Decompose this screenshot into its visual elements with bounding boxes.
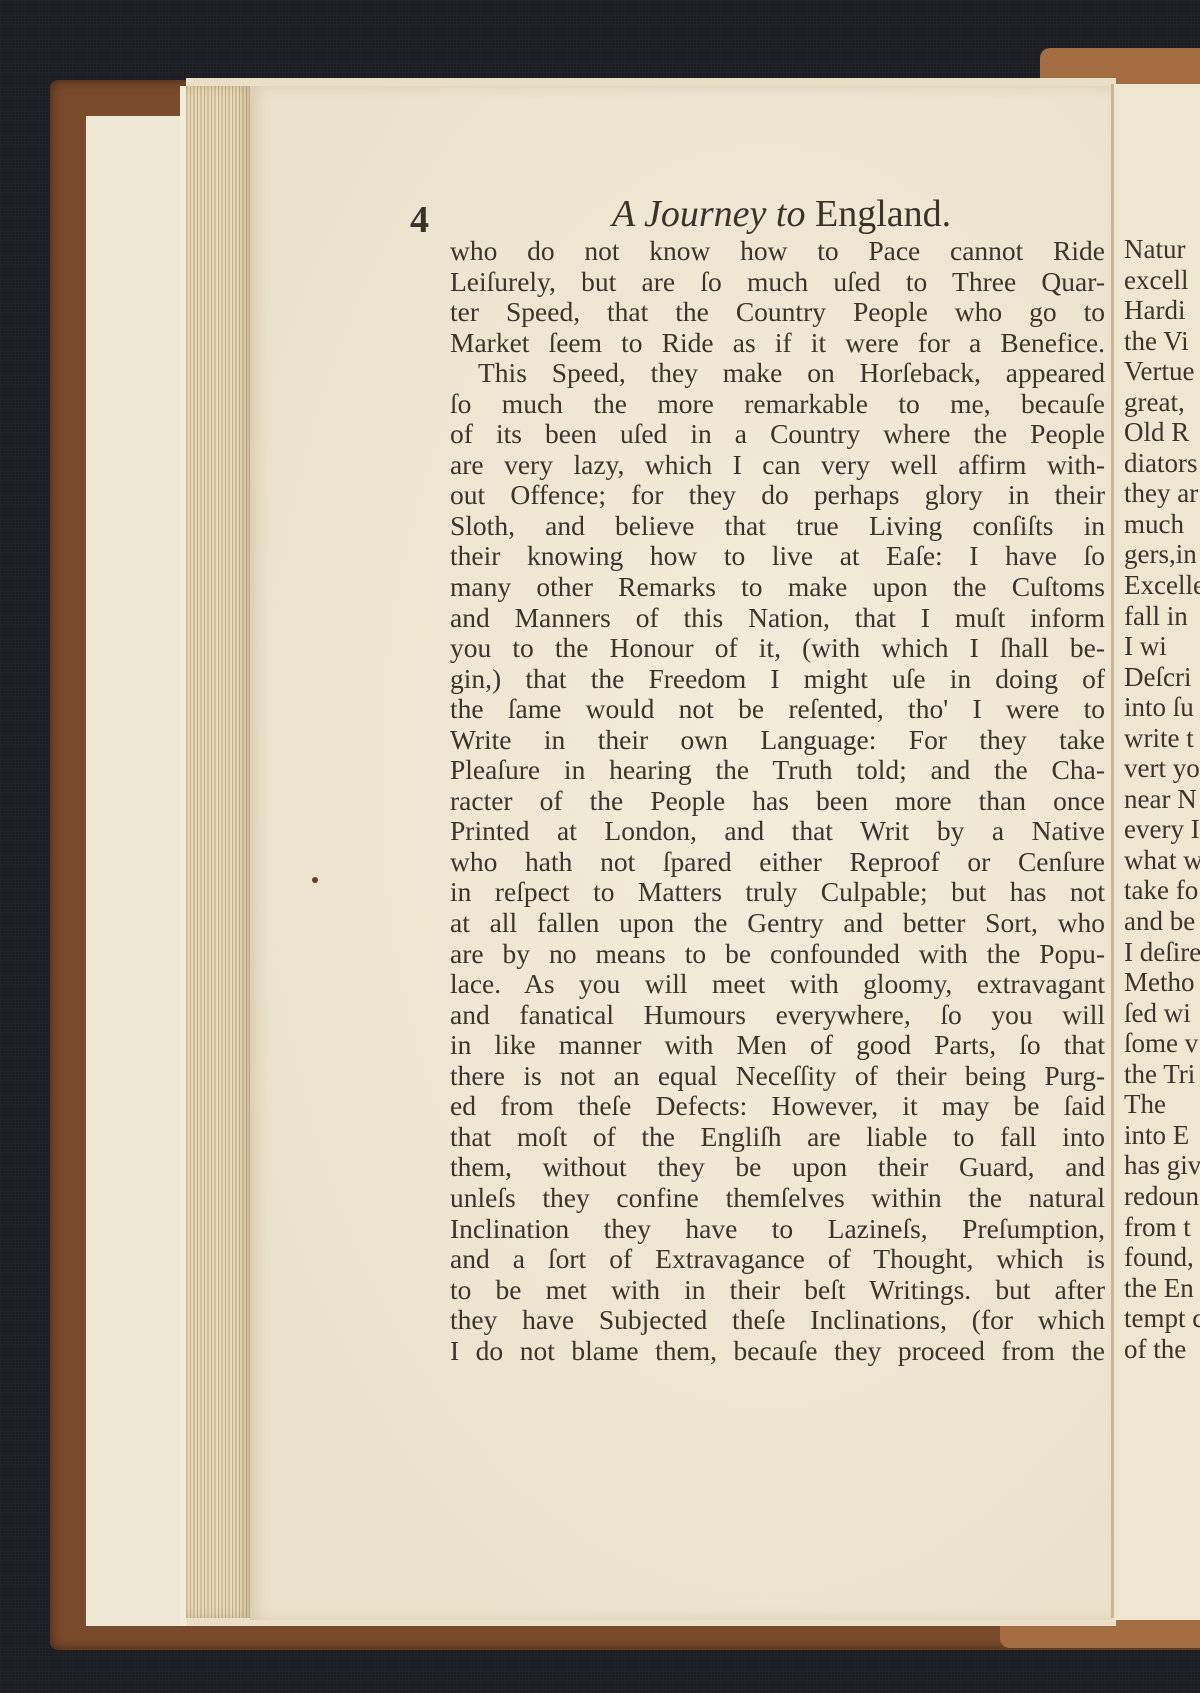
text-line: many other Remarks to make upon the Cuſt…: [450, 572, 1105, 603]
text-line: The: [1124, 1089, 1200, 1120]
text-line: tempt c: [1124, 1303, 1200, 1334]
text-line: Vertue: [1124, 356, 1200, 387]
text-line: Hardi: [1124, 295, 1200, 326]
text-line: I deſire: [1124, 937, 1200, 968]
text-line: Write in their own Language: For they ta…: [450, 725, 1105, 756]
text-line: ter Speed, that the Country People who g…: [450, 297, 1105, 328]
endpaper: [86, 116, 182, 1626]
text-line: ed from theſe Defects: However, it may b…: [450, 1091, 1105, 1122]
text-line: take fo: [1124, 875, 1200, 906]
page-edges: [186, 86, 250, 1618]
right-page-fragment: Natur excell Hardi the Vi Vertue great, …: [1114, 84, 1200, 1620]
text-line: are very lazy, which I can very well aff…: [450, 450, 1105, 481]
text-line: to be met with in their beſt Writings. b…: [450, 1275, 1105, 1306]
text-line: Excelle: [1124, 570, 1200, 601]
text-line: fall in: [1124, 601, 1200, 632]
text-line: This Speed, they make on Horſeback, appe…: [450, 358, 1105, 389]
text-line: who hath not ſpared either Reproof or Ce…: [450, 847, 1105, 878]
text-line: Old R: [1124, 417, 1200, 448]
text-line: near N: [1124, 784, 1200, 815]
text-line: ſome v: [1124, 1028, 1200, 1059]
text-line: the Vi: [1124, 326, 1200, 357]
text-line: are by no means to be confounded with th…: [450, 939, 1105, 970]
text-line: every I: [1124, 814, 1200, 845]
text-line: from t: [1124, 1212, 1200, 1243]
text-line: ſed wi: [1124, 998, 1200, 1029]
text-line: they have Subjected theſe Inclinations, …: [450, 1305, 1105, 1336]
text-line: them, without they be upon their Guard, …: [450, 1152, 1105, 1183]
text-line: and Manners of this Nation, that I muſt …: [450, 603, 1105, 634]
text-line: at all fallen upon the Gentry and better…: [450, 908, 1105, 939]
text-line: they ar: [1124, 478, 1200, 509]
text-line: Sloth, and believe that true Living conſ…: [450, 511, 1105, 542]
text-line: that moſt of the Engliſh are liable to f…: [450, 1122, 1105, 1153]
text-line: much: [1124, 509, 1200, 540]
text-line: there is not an equal Neceſſity of their…: [450, 1061, 1105, 1092]
text-line: Pleaſure in hearing the Truth told; and …: [450, 755, 1105, 786]
text-line: gers,in: [1124, 539, 1200, 570]
text-line: diators: [1124, 448, 1200, 479]
page-number: 4: [410, 198, 429, 242]
text-line: gin,) that the Freedom I might uſe in do…: [450, 664, 1105, 695]
text-line: and fanatical Humours everywhere, ſo you…: [450, 1000, 1105, 1031]
text-line: the ſame would not be reſented, tho' I w…: [450, 694, 1105, 725]
running-title-italic: A Journey to: [612, 193, 805, 235]
text-line: Deſcri: [1124, 662, 1200, 693]
right-page-text: Natur excell Hardi the Vi Vertue great, …: [1124, 234, 1200, 1364]
text-line: into E: [1124, 1120, 1200, 1151]
text-line: Metho: [1124, 967, 1200, 998]
text-line: in reſpect to Matters truly Culpable; bu…: [450, 877, 1105, 908]
text-line: into ſu: [1124, 692, 1200, 723]
text-line: excell: [1124, 265, 1200, 296]
text-line: in like manner with Men of good Parts, ſ…: [450, 1030, 1105, 1061]
ink-stain: [312, 877, 318, 883]
running-title: A Journey to England.: [612, 192, 951, 236]
text-line: unleſs they confine themſelves within th…: [450, 1183, 1105, 1214]
running-title-roman: England.: [815, 193, 951, 235]
text-line: redoun: [1124, 1181, 1200, 1212]
text-line: of its been uſed in a Country where the …: [450, 419, 1105, 450]
text-line: of the: [1124, 1334, 1200, 1365]
text-line: write t: [1124, 723, 1200, 754]
text-line: who do not know how to Pace cannot Ride: [450, 236, 1105, 267]
text-line: great,: [1124, 387, 1200, 418]
text-line: the En: [1124, 1273, 1200, 1304]
body-text: who do not know how to Pace cannot Ride …: [450, 236, 1105, 1366]
text-line: has giv: [1124, 1150, 1200, 1181]
text-line: vert yo: [1124, 753, 1200, 784]
text-line: their knowing how to live at Eaſe: I hav…: [450, 541, 1105, 572]
text-line: Market ſeem to Ride as if it were for a …: [450, 328, 1105, 359]
text-line: racter of the People has been more than …: [450, 786, 1105, 817]
text-line: and a ſort of Extravagance of Thought, w…: [450, 1244, 1105, 1275]
text-line: Printed at London, and that Writ by a Na…: [450, 816, 1105, 847]
text-line: out Offence; for they do perhaps glory i…: [450, 480, 1105, 511]
text-line: lace. As you will meet with gloomy, extr…: [450, 969, 1105, 1000]
text-line: and be: [1124, 906, 1200, 937]
text-line: found,: [1124, 1242, 1200, 1273]
text-line: Natur: [1124, 234, 1200, 265]
text-line: the Tri: [1124, 1059, 1200, 1090]
text-line: Leiſurely, but are ſo much uſed to Three…: [450, 267, 1105, 298]
text-line: I wi: [1124, 631, 1200, 662]
text-line: what w: [1124, 845, 1200, 876]
text-line: I do not blame them, becauſe they procee…: [450, 1336, 1105, 1367]
left-page: 4 A Journey to England. who do not know …: [250, 86, 1112, 1620]
text-line: Inclination they have to Lazineſs, Preſu…: [450, 1214, 1105, 1245]
text-line: you to the Honour of it, (with which I ſ…: [450, 633, 1105, 664]
text-line: ſo much the more remarkable to me, becau…: [450, 389, 1105, 420]
